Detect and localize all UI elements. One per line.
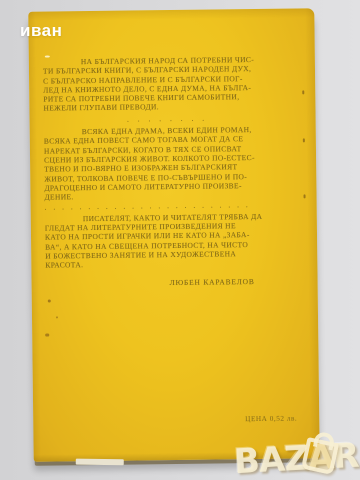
author-signature: ЛЮБЕН КАРАВЕЛОВ [46,276,292,288]
price-label: ЦЕНА 0,52 лв. [245,414,297,424]
seller-username[interactable]: иван [20,21,62,41]
cover-stain [48,300,51,303]
cover-stain [56,316,58,318]
page-edge [76,459,124,466]
text-line: КРАСОТА. [45,258,291,270]
shopping-bag-icon [301,437,339,475]
quote-paragraph-1: НА БЪЛГАРСКИЯ НАРОД СА ПОТРЕБНИ ЧИС- ТИ … [43,55,290,114]
cover-stain [45,334,49,337]
listing-photo-view: НА БЪЛГАРСКИЯ НАРОД СА ПОТРЕБНИ ЧИС- ТИ … [0,0,360,480]
quote-paragraph-2: ВСЯКА ЕДНА ДРАМА, ВСЕКИ ЕДИН РОМАН, ВСЯК… [44,125,291,202]
cover-text-block: НА БЪЛГАРСКИЯ НАРОД СА ПОТРЕБНИ ЧИС- ТИ … [43,55,292,289]
text-line: НЕЖЕЛИ ГЛУПАВИ ПРЕВОДИ. [43,101,289,113]
book-back-cover: НА БЪЛГАРСКИЯ НАРОД СА ПОТРЕБНИ ЧИС- ТИ … [28,8,319,461]
dotted-separator-short: . . . . . . . . [44,112,290,124]
bazar-watermark: BAZAR [233,439,359,479]
staple-mark [304,194,306,198]
staple-mark [303,138,305,142]
staple-mark [302,90,304,94]
watermark-text: BAZ [233,438,309,480]
dotted-separator-long: . . . . . . . . . . . . . . . . . . . . … [45,200,291,212]
quote-paragraph-3: ПИСАТЕЛЯТ, КАКТО И ЧИТАТЕЛЯТ ТРЯБВА ДА Г… [45,211,292,270]
